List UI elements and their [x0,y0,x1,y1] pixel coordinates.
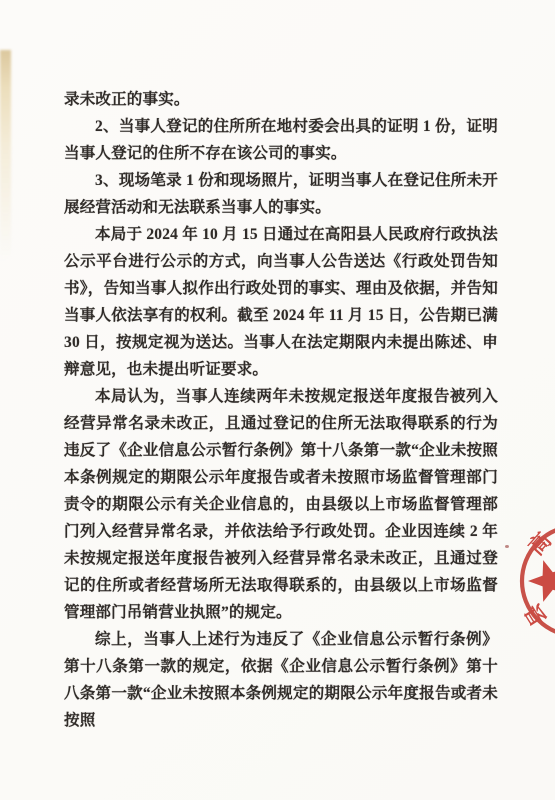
paragraph-public-notice: 本局于 2024 年 10 月 15 日通过在高阳县人民政府行政执法公示平台进行… [64,221,498,383]
paper-edge-shadow [0,50,11,260]
scanned-document-page: 录未改正的事实。 2、当事人登记的住所所在地村委会出具的证明 1 份，证明当事人… [0,0,555,800]
paragraph-continuation: 录未改正的事实。 [64,86,498,113]
seal-ink-speck [505,545,509,548]
paragraph-evidence-2: 2、当事人登记的住所所在地村委会出具的证明 1 份，证明当事人登记的住所不存在该… [64,113,498,167]
paragraph-conclusion: 综上，当事人上述行为违反了《企业信息公示暂行条例》第十八条第一款的规定，依据《企… [64,626,498,734]
document-body-text: 录未改正的事实。 2、当事人登记的住所所在地村委会出具的证明 1 份，证明当事人… [64,86,498,734]
paragraph-finding: 本局认为，当事人连续两年未按规定报送年度报告被列入经营异常名录未改正，且通过登记… [64,383,498,626]
seal-star-icon [528,560,555,602]
paragraph-evidence-3: 3、现场笔录 1 份和现场照片，证明当事人在登记住所未开展经营活动和无法联系当事… [64,167,498,221]
official-round-seal-icon: 高 县 [513,517,555,649]
